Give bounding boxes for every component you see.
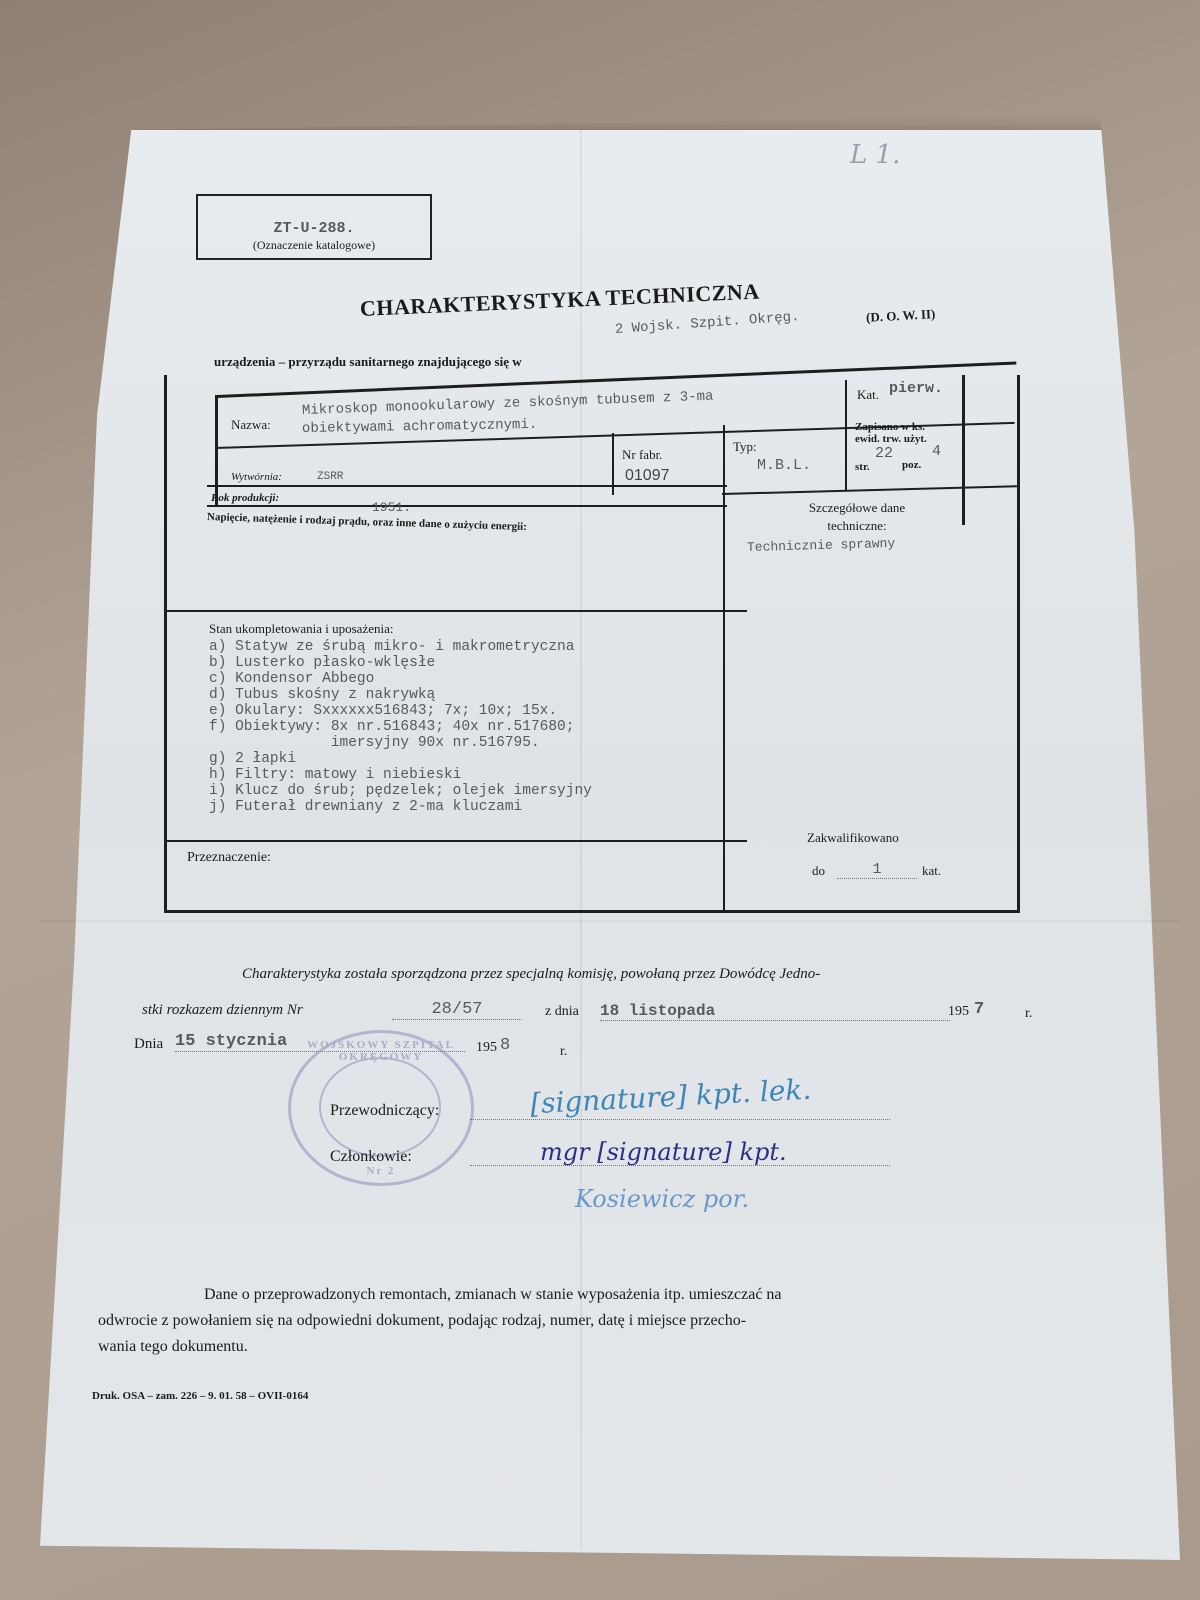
paper-fold [40,920,1180,922]
date-year-prefix: 195 [476,1040,497,1056]
zakwalifikowano-label: Zakwalifikowano [807,830,899,846]
stamp-text-top: WOJSKOWY SZPITAL OKRĘGOWY [291,1039,471,1063]
catalog-code: ZT-U-288. [198,220,430,237]
wytwornia-value: ZSRR [317,471,343,483]
list-item: i) Klucz do śrub; pędzelek; olejek imers… [209,783,592,799]
str-label: str. [855,461,870,473]
nr-fabr-value: 01097 [625,467,670,485]
member2-signature: Kosiewicz por. [575,1185,749,1213]
corner-note: L 1. [850,140,900,170]
rok-value: 1951. [372,500,411,515]
rok-label: Rok produkcji: [211,492,279,504]
order-year-digit: 7 [974,1000,984,1019]
order-year-prefix: 195 [948,1004,969,1020]
z-dnia-label: z dnia [545,1004,579,1020]
kat-suffix: kat. [922,863,941,879]
commission-line-2-prefix: stki rozkazem dziennym Nr [142,1002,303,1019]
footer-line-3: wania tego dokumentu. [98,1334,248,1360]
stamp-text-bottom: Nr 2 [291,1165,471,1177]
list-item: b) Lusterko płasko-wklęsłe [209,655,592,671]
przeznaczenie-label: Przeznaczenie: [187,850,271,866]
date-r-label: r. [560,1044,567,1060]
nazwa-value-2: obiektywami achromatycznymi. [302,417,537,437]
r-label: r. [1025,1006,1032,1022]
catalog-label: (Oznaczenie katalogowe) [198,238,430,253]
footer-line-1: Dane o przeprowadzonych remontach, zmian… [204,1282,782,1308]
typ-label: Typ: [733,439,757,455]
list-item: f) Obiektywy: 8x nr.516843; 40x nr.51768… [209,719,592,735]
dnia-label: Dnia [134,1036,163,1053]
footer-line-2: odwrocie z powołaniem się na odpowiedni … [98,1308,746,1334]
member1-signature: mgr [signature] kpt. [540,1138,787,1166]
list-item: e) Okulary: Sxxxxxx516843; 7x; 10x; 15x. [209,703,592,719]
nr-fabr-label: Nr fabr. [622,447,662,463]
order-number: 28/57 [392,1000,522,1020]
zapisano-label-2: ewid. trw. użyt. [855,433,927,445]
str-value: 22 [875,445,893,462]
members-label: Członkowie: [330,1148,412,1166]
zapisano-label-1: Zapisano w ks. [855,421,925,433]
list-item: h) Filtry: matowy i niebieski [209,767,592,783]
print-info: Druk. OSA – zam. 226 – 9. 01. 58 – OVII-… [92,1390,308,1402]
kat-value: pierw. [889,380,943,397]
spec-table: Nazwa: Mikroskop monookularowy ze skośny… [164,375,1020,913]
stan-list: a) Statyw ze śrubą mikro- i makrometrycz… [209,639,592,815]
category-value: 1 [837,861,917,879]
date-year-digit: 8 [500,1036,510,1055]
kat-label: Kat. [857,387,879,403]
wytwornia-label: Wytwórnia: [231,471,282,483]
do-label: do [812,863,825,879]
commission-line-1: Charakterystyka została sporządzona prze… [242,966,820,983]
list-item: imersyjny 90x nr.516795. [209,735,592,751]
list-item: j) Futerał drewniany z 2-ma kluczami [209,799,592,815]
szczegolowe-label-1: Szczegółowe dane [777,500,937,516]
nazwa-value-1: Mikroskop monookularowy ze skośnym tubus… [302,389,714,419]
subtitle: urządzenia – przyrządu sanitarnego znajd… [214,354,522,370]
list-item: c) Kondensor Abbego [209,671,592,687]
chair-label: Przewodniczący: [330,1102,439,1120]
typ-value: M.B.L. [757,457,811,474]
stan-label: Stan ukompletowania i uposażenia: [209,621,393,637]
list-item: d) Tubus skośny z nakrywką [209,687,592,703]
list-item: g) 2 łapki [209,751,592,767]
catalog-box: ZT-U-288. (Oznaczenie katalogowe) [196,194,432,260]
nazwa-label: Nazwa: [231,417,271,433]
poz-value: 4 [932,443,941,460]
napiecie-label: Napięcie, natężenie i rodzaj prądu, oraz… [207,511,527,533]
list-item: a) Statyw ze śrubą mikro- i makrometrycz… [209,639,592,655]
szczegolowe-value: Technicznie sprawny [747,536,896,555]
szczegolowe-label-2: techniczne: [777,518,937,534]
poz-label: poz. [902,459,921,471]
order-date: 18 listopada [600,1002,950,1021]
